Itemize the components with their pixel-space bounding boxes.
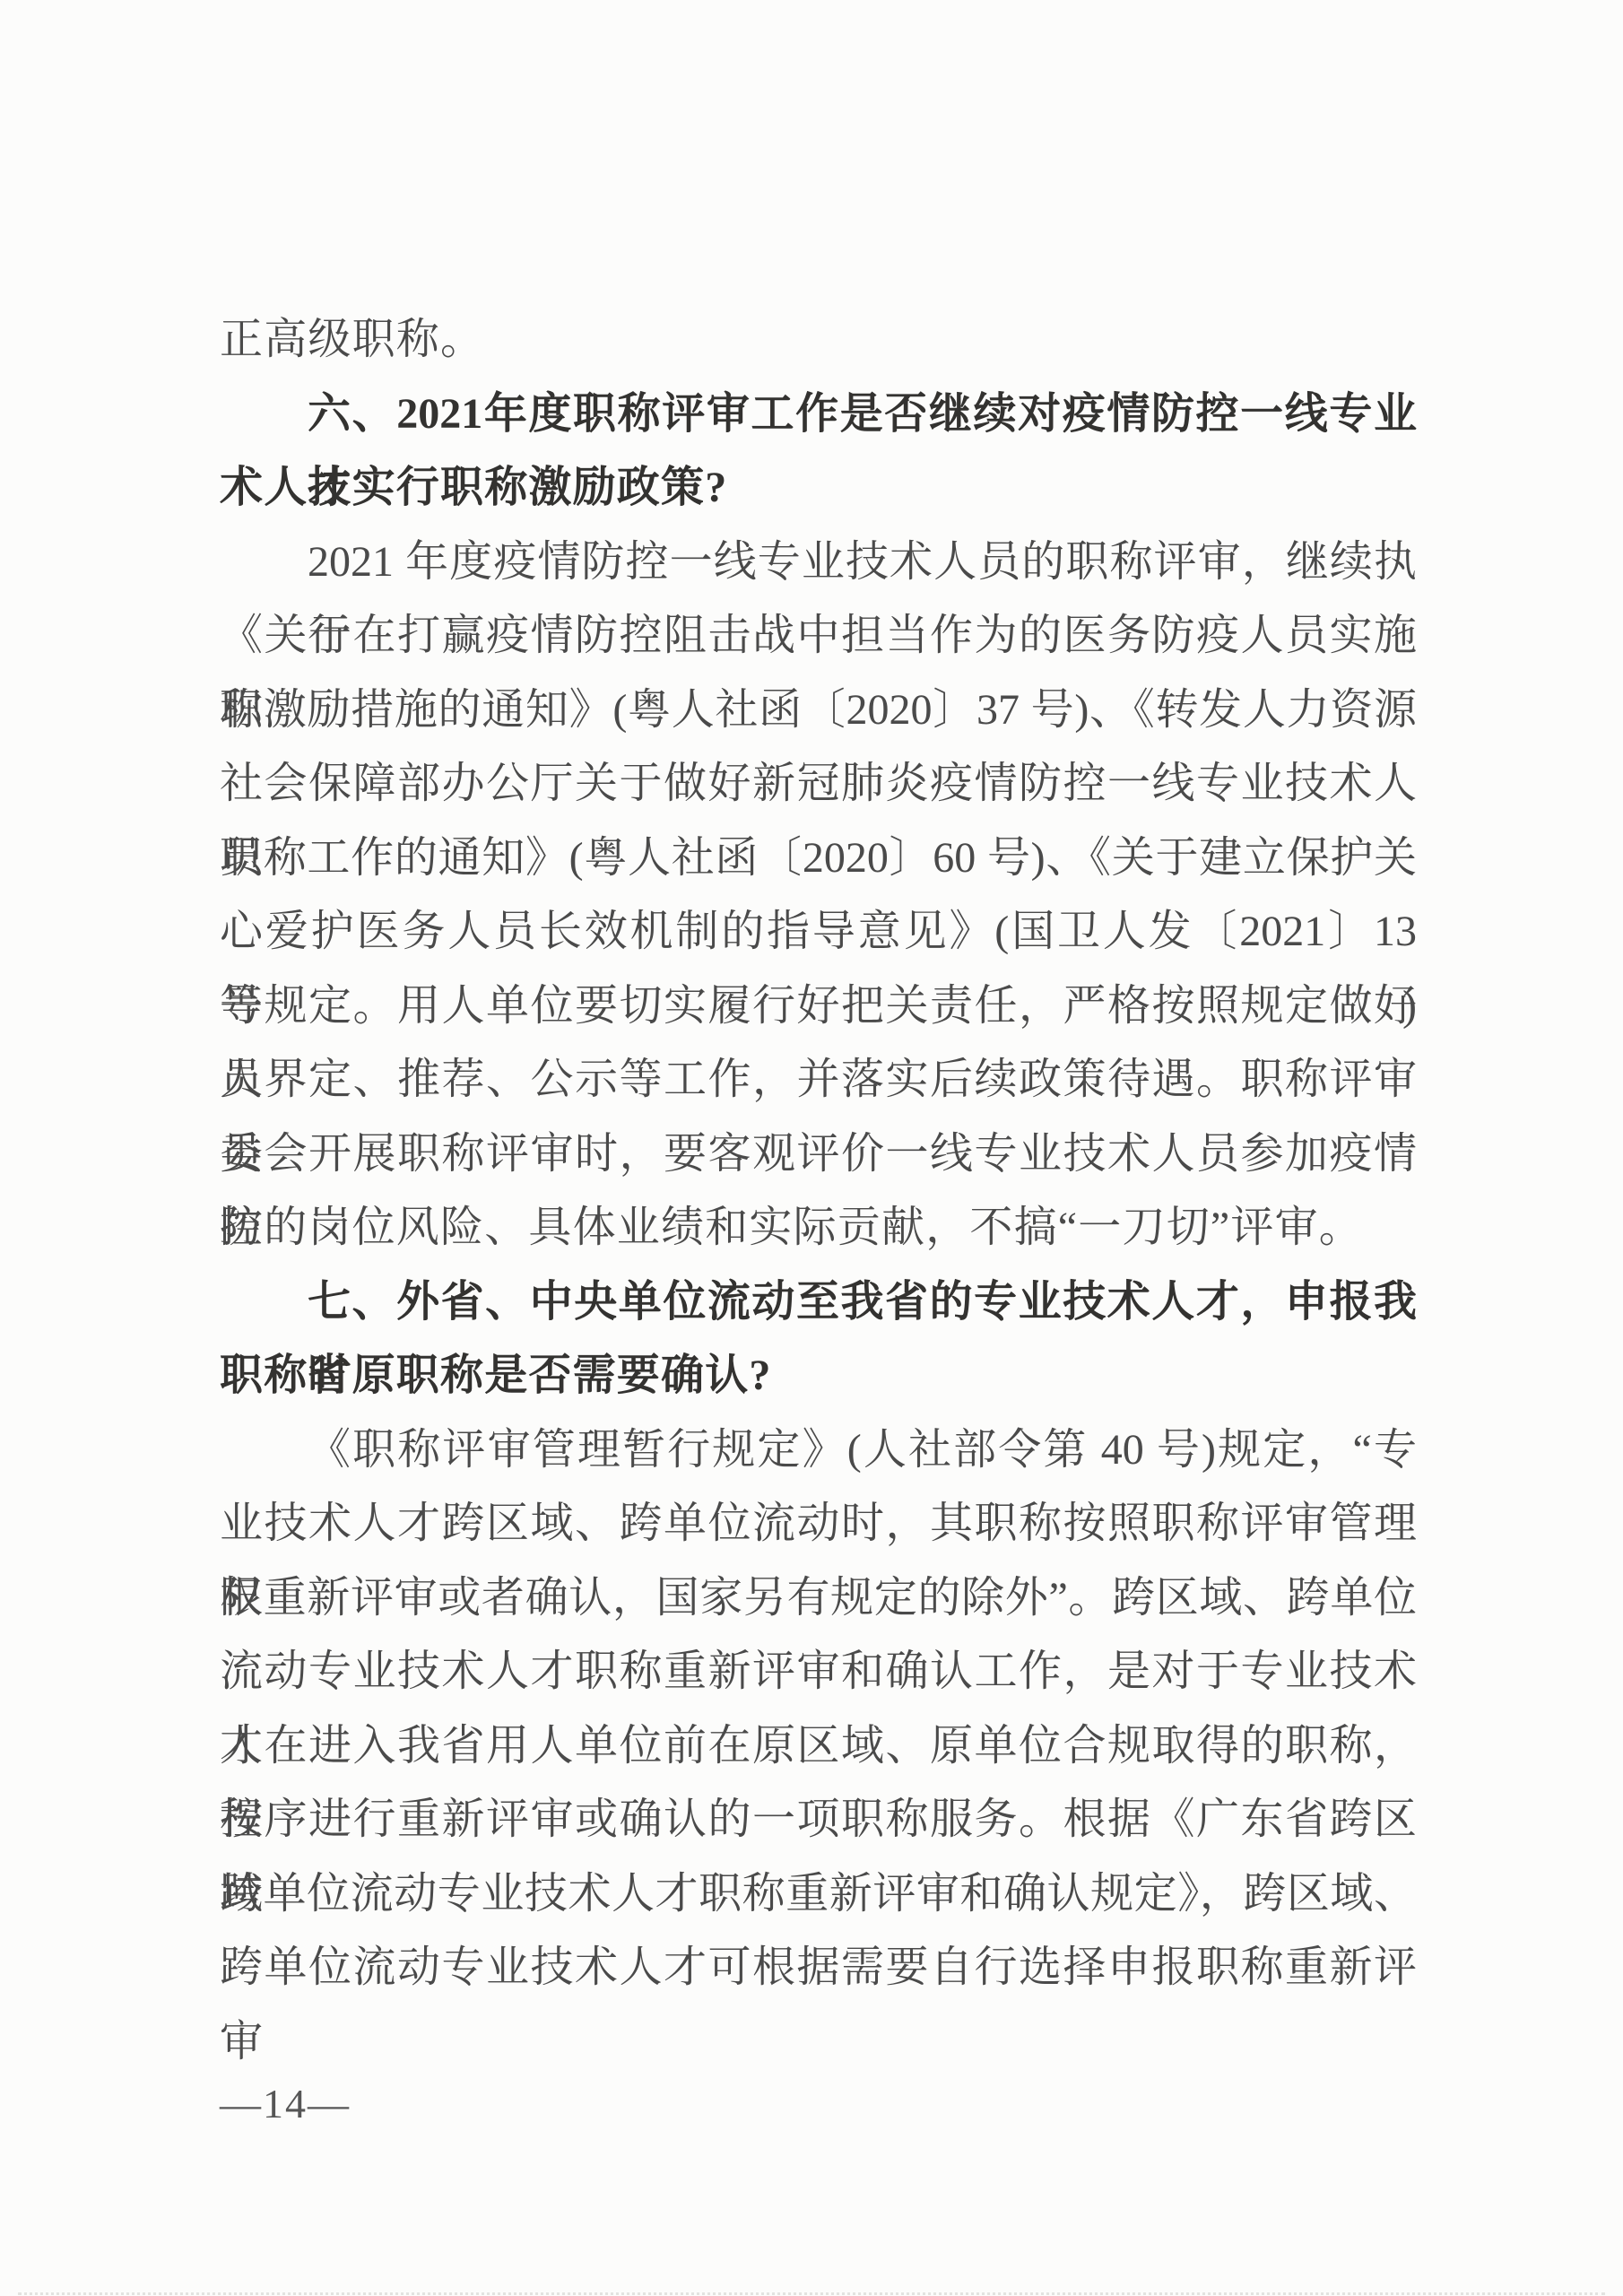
body-line: 职称工作的通知》(粤人社函〔2020〕60 号)、《关于建立保护关	[220, 822, 1417, 896]
heading-line: 职称时原职称是否需要确认?	[220, 1339, 1417, 1413]
body-line: 跨单位流动专业技术人才可根据需要自行选择申报职称重新评审	[220, 1931, 1417, 2005]
body-line: 业技术人才跨区域、跨单位流动时，其职称按照职称评审管理权	[220, 1487, 1417, 1561]
body-line: 跨单位流动专业技术人才职称重新评审和确认规定》，跨区域、	[220, 1857, 1417, 1932]
document-page: 正高级职称。六、2021年度职称评审工作是否继续对疫情防控一线专业技术人才实行职…	[0, 0, 1623, 2296]
body-line: 心爱护医务人员长效机制的指导意见》(国卫人发〔2021〕13 号)	[220, 895, 1417, 970]
body-line: 2021 年度疫情防控一线专业技术人员的职称评审，继续执行	[220, 526, 1417, 600]
body-line: 正高级职称。	[220, 303, 1417, 378]
page-number: —14—	[220, 2077, 351, 2131]
scan-edge-artifact	[18, 2292, 1605, 2295]
heading-line: 六、2021年度职称评审工作是否继续对疫情防控一线专业技	[220, 378, 1417, 452]
body-line: 才在进入我省用人单位前在原区域、原单位合规取得的职称，按	[220, 1709, 1417, 1784]
body-line: 等规定。用人单位要切实履行好把关责任，严格按照规定做好人	[220, 970, 1417, 1044]
body-line: 流动专业技术人才职称重新评审和确认工作，是对于专业技术人	[220, 1635, 1417, 1709]
body-line: 限重新评审或者确认，国家另有规定的除外”。跨区域、跨单位	[220, 1561, 1417, 1636]
heading-line: 术人才实行职称激励政策?	[220, 451, 1417, 526]
body-line: 社会保障部办公厅关于做好新冠肺炎疫情防控一线专业技术人员	[220, 747, 1417, 822]
body-line: 员会开展职称评审时，要客观评价一线专业技术人员参加疫情防	[220, 1118, 1417, 1192]
body-line: 《职称评审管理暂行规定》(人社部令第 40 号)规定，“专	[220, 1413, 1417, 1488]
body-line: 程序进行重新评审或确认的一项职称服务。根据《广东省跨区域	[220, 1783, 1417, 1857]
body-line: 员界定、推荐、公示等工作，并落实后续政策待遇。职称评审委	[220, 1043, 1417, 1118]
heading-line: 七、外省、中央单位流动至我省的专业技术人才，申报我省	[220, 1265, 1417, 1340]
body-line: 称激励措施的通知》(粤人社函〔2020〕37 号)、《转发人力资源	[220, 674, 1417, 748]
body-line: 《关于在打赢疫情防控阻击战中担当作为的医务防疫人员实施职	[220, 599, 1417, 674]
text-column: 正高级职称。六、2021年度职称评审工作是否继续对疫情防控一线专业技术人才实行职…	[220, 303, 1417, 2005]
body-line: 控的岗位风险、具体业绩和实际贡献，不搞“一刀切”评审。	[220, 1191, 1417, 1265]
